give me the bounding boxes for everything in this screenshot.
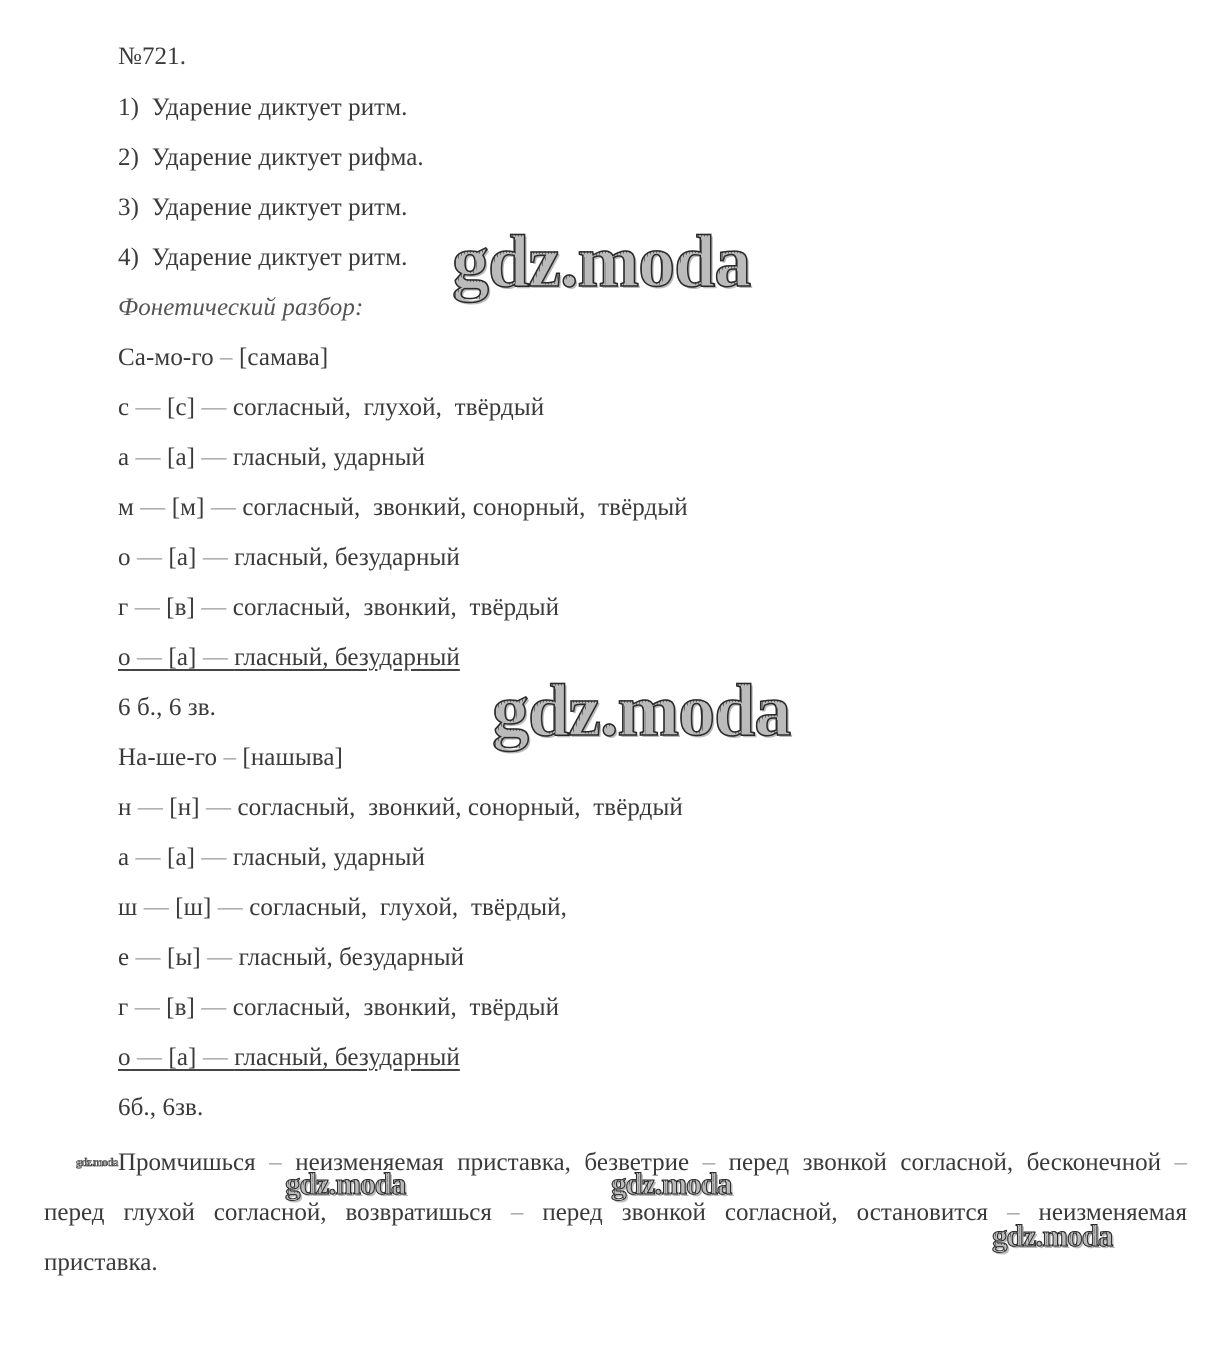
- answer-line: 3) Ударение диктует ритм.: [118, 193, 407, 223]
- letter: с: [118, 394, 129, 421]
- watermark: gdz.moda: [452, 225, 750, 299]
- dash: —: [128, 594, 166, 621]
- description: согласный, звонкий, твёрдый: [233, 994, 559, 1021]
- phoneme-row: ш — [ш] — согласный, глухой, твёрдый,: [118, 893, 567, 923]
- dash: —: [201, 944, 239, 971]
- answer-line: 2) Ударение диктует рифма.: [118, 143, 424, 173]
- letter: о: [118, 644, 131, 671]
- dash: —: [195, 444, 233, 471]
- sound: [в]: [166, 994, 195, 1021]
- dash: –: [217, 744, 242, 771]
- description: гласный, безударный: [239, 944, 465, 971]
- paragraph-text: Промчишься: [118, 1149, 256, 1176]
- dash: —: [195, 394, 233, 421]
- dash: —: [134, 494, 172, 521]
- answer-line: 4) Ударение диктует ритм.: [118, 243, 407, 273]
- dash: –: [1161, 1149, 1187, 1176]
- dash: —: [196, 1044, 234, 1071]
- description: гласный, ударный: [233, 444, 425, 471]
- sound: [н]: [169, 794, 199, 821]
- description: согласный, глухой, твёрдый,: [249, 894, 567, 921]
- phoneme-row: о — [а] — гласный, безударный: [118, 1043, 460, 1073]
- explanation-paragraph: Промчишься – неизменяемая приставка, без…: [44, 1138, 1187, 1288]
- sound: [ы]: [167, 944, 201, 971]
- dash: —: [196, 544, 234, 571]
- letter: о: [118, 544, 131, 571]
- paragraph-text: перед глухой согласной, возвратишься: [44, 1199, 492, 1226]
- answer-line: 1) Ударение диктует ритм.: [118, 93, 407, 123]
- word-header: Са-мо-го – [самава]: [118, 343, 328, 373]
- exercise-number: №721.: [118, 42, 186, 72]
- dash: –: [689, 1149, 729, 1176]
- sound: [в]: [166, 594, 195, 621]
- transcription: [самава]: [239, 344, 328, 371]
- phoneme-row: е — [ы] — гласный, безударный: [118, 943, 464, 973]
- dash: —: [200, 794, 238, 821]
- sound: [а]: [168, 1044, 196, 1071]
- letters-sounds-summary: 6 б., 6 зв.: [118, 693, 216, 723]
- paragraph-text: неизменяемая приставка, безветрие: [295, 1149, 689, 1176]
- letters-sounds-summary: 6б., 6зв.: [118, 1093, 203, 1123]
- description: гласный, ударный: [233, 844, 425, 871]
- dash: —: [131, 794, 169, 821]
- dash: —: [196, 644, 234, 671]
- dash: —: [131, 644, 169, 671]
- paragraph-text: перед звонкой согласной, бесконечной: [729, 1149, 1161, 1176]
- dash: —: [129, 844, 167, 871]
- letter: м: [118, 494, 134, 521]
- dash: –: [988, 1199, 1038, 1226]
- sound: [а]: [168, 544, 196, 571]
- sound: [а]: [167, 444, 195, 471]
- phonetic-heading: Фонетический разбор:: [118, 293, 363, 323]
- letter: н: [118, 794, 131, 821]
- letter: е: [118, 944, 129, 971]
- dash: —: [128, 994, 166, 1021]
- letter: о: [118, 1044, 131, 1071]
- dash: —: [129, 944, 167, 971]
- letter: а: [118, 844, 129, 871]
- syllabified-word: Са-мо-го: [118, 344, 214, 371]
- phoneme-row: г — [в] — согласный, звонкий, твёрдый: [118, 593, 559, 623]
- dash: –: [256, 1149, 296, 1176]
- letter: ш: [118, 894, 137, 921]
- description: согласный, глухой, твёрдый: [233, 394, 544, 421]
- dash: —: [129, 394, 167, 421]
- dash: —: [137, 894, 175, 921]
- sound: [а]: [168, 644, 196, 671]
- sound: [с]: [167, 394, 195, 421]
- description: гласный, безударный: [234, 644, 460, 671]
- description: гласный, безударный: [234, 1044, 460, 1071]
- dash: —: [195, 994, 233, 1021]
- description: согласный, звонкий, сонорный, твёрдый: [242, 494, 687, 521]
- letter: а: [118, 444, 129, 471]
- phoneme-row: с — [с] — согласный, глухой, твёрдый: [118, 393, 544, 423]
- dash: —: [195, 844, 233, 871]
- dash: –: [214, 344, 239, 371]
- phoneme-row: а — [а] — гласный, ударный: [118, 843, 425, 873]
- dash: —: [131, 1044, 169, 1071]
- watermark: gdz.moda: [492, 674, 790, 748]
- phoneme-row: н — [н] — согласный, звонкий, сонорный, …: [118, 793, 683, 823]
- transcription: [нашыва]: [242, 744, 343, 771]
- word-header: На-ше-го – [нашыва]: [118, 743, 343, 773]
- syllabified-word: На-ше-го: [118, 744, 217, 771]
- phoneme-row: г — [в] — согласный, звонкий, твёрдый: [118, 993, 559, 1023]
- dash: —: [195, 594, 233, 621]
- paragraph-text: перед звонкой согласной, остановится: [542, 1199, 988, 1226]
- description: согласный, звонкий, сонорный, твёрдый: [237, 794, 682, 821]
- sound: [м]: [172, 494, 205, 521]
- sound: [а]: [167, 844, 195, 871]
- dash: —: [131, 544, 169, 571]
- dash: —: [205, 494, 243, 521]
- description: согласный, звонкий, твёрдый: [233, 594, 559, 621]
- phoneme-row: о — [а] — гласный, безударный: [118, 643, 460, 673]
- document-page: №721. 1) Ударение диктует ритм. 2) Ударе…: [0, 0, 1231, 1354]
- dash: —: [211, 894, 249, 921]
- dash: –: [492, 1199, 542, 1226]
- letter: г: [118, 994, 128, 1021]
- phoneme-row: а — [а] — гласный, ударный: [118, 443, 425, 473]
- phoneme-row: м — [м] — согласный, звонкий, сонорный, …: [118, 493, 688, 523]
- description: гласный, безударный: [234, 544, 460, 571]
- letter: г: [118, 594, 128, 621]
- phoneme-row: о — [а] — гласный, безударный: [118, 543, 460, 573]
- sound: [ш]: [175, 894, 211, 921]
- dash: —: [129, 444, 167, 471]
